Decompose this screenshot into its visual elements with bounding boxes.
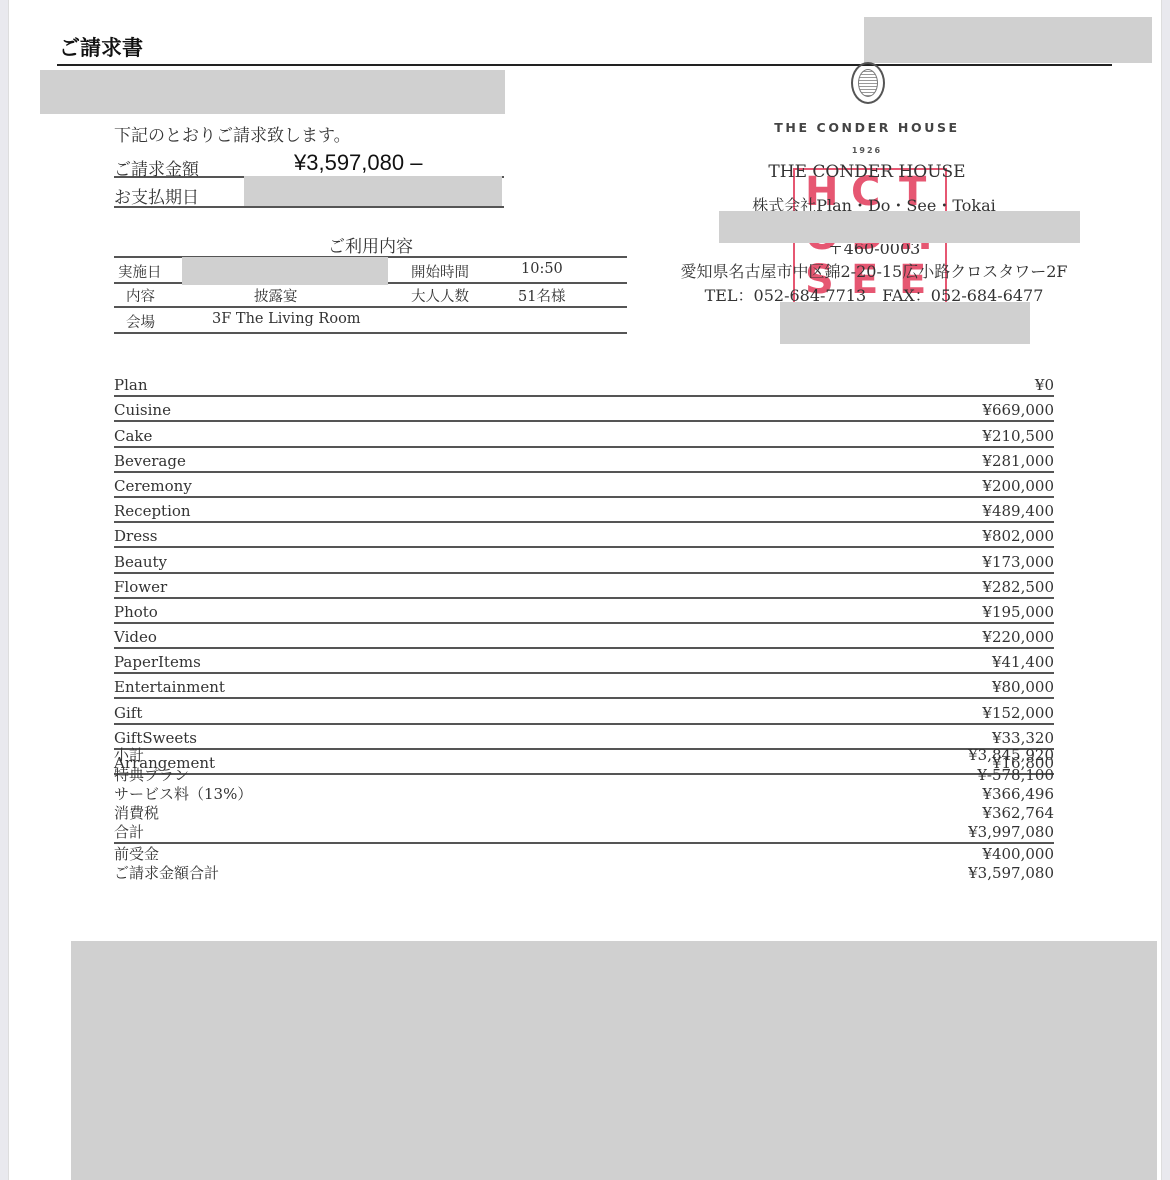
line-item-row: Photo¥195,000	[114, 599, 1054, 624]
usage-label-2: 開始時間	[411, 261, 469, 282]
usage-value-2: 51名様	[518, 285, 565, 306]
summary-amount: ¥3,845,920	[968, 746, 1054, 765]
line-item-label: Flower	[114, 577, 167, 597]
line-item-amount: ¥80,000	[992, 677, 1054, 697]
line-item-row: Gift¥152,000	[114, 699, 1054, 724]
line-item-amount: ¥220,000	[982, 627, 1054, 647]
intro-text: 下記のとおりご請求致します。	[114, 121, 351, 146]
redacted-block-top-right	[864, 17, 1152, 63]
line-item-label: PaperItems	[114, 652, 201, 672]
conder-house-logo-icon	[851, 62, 885, 104]
line-item-label: Dress	[114, 526, 157, 546]
summary-label: 前受金	[114, 845, 159, 864]
summary-label: 合計	[114, 823, 144, 842]
redacted-due-date	[244, 176, 502, 206]
usage-value: 披露宴	[254, 285, 298, 306]
line-item-row: PaperItems¥41,400	[114, 649, 1054, 674]
summary-row: 特典プラン¥-578,100	[114, 765, 1054, 784]
due-date-label: お支払期日	[114, 183, 199, 208]
summary-label: ご請求金額合計	[114, 864, 219, 883]
line-item-row: Beauty¥173,000	[114, 548, 1054, 573]
line-item-label: Cake	[114, 426, 152, 446]
line-item-row: Cuisine¥669,000	[114, 397, 1054, 422]
summary-row: 合計¥3,997,080	[114, 823, 1054, 844]
line-item-row: Plan¥0	[114, 372, 1054, 397]
line-item-amount: ¥669,000	[982, 400, 1054, 420]
issuer-address: 愛知県名古屋市中区錦2-20-15広小路クロスタワー2F	[659, 259, 1089, 282]
amount-row: ご請求金額 ¥3,597,080 –	[114, 150, 504, 178]
line-item-row: Reception¥489,400	[114, 498, 1054, 523]
summary-amount: ¥366,496	[982, 785, 1054, 804]
line-item-amount: ¥200,000	[982, 476, 1054, 496]
line-item-amount: ¥33,320	[992, 728, 1054, 748]
line-item-row: Cake¥210,500	[114, 422, 1054, 447]
line-item-label: Plan	[114, 375, 148, 395]
summary-amount: ¥362,764	[982, 804, 1054, 823]
summary-table: 小計¥3,845,920特典プラン¥-578,100サービス料（13%）¥366…	[114, 746, 1054, 883]
invoice-page: ご請求書 下記のとおりご請求致します。 ご請求金額 ¥3,597,080 – お…	[8, 0, 1162, 1180]
line-item-row: Dress¥802,000	[114, 523, 1054, 548]
usage-value-2: 10:50	[521, 261, 563, 277]
amount-value: ¥3,597,080 –	[294, 150, 422, 176]
brand-year: 1926	[709, 146, 1025, 155]
line-item-amount: ¥152,000	[982, 703, 1054, 723]
summary-amount: ¥3,597,080	[968, 864, 1054, 883]
usage-row: 実施日 開始時間 10:50	[114, 256, 627, 284]
redacted-bottom-block	[71, 941, 1157, 1180]
line-item-label: Gift	[114, 703, 142, 723]
line-item-label: Ceremony	[114, 476, 192, 496]
summary-amount: ¥400,000	[982, 845, 1054, 864]
redacted-issuer-bottom	[780, 302, 1030, 344]
redacted-recipient	[40, 70, 505, 114]
line-item-row: Entertainment¥80,000	[114, 674, 1054, 699]
line-item-amount: ¥210,500	[982, 426, 1054, 446]
summary-label: 消費税	[114, 804, 159, 823]
amount-label: ご請求金額	[114, 155, 199, 180]
line-item-amount: ¥173,000	[982, 552, 1054, 572]
issuer-name: THE CONDER HOUSE	[709, 162, 1025, 182]
line-item-row: Video¥220,000	[114, 624, 1054, 649]
title-divider	[57, 64, 1112, 66]
line-item-row: Ceremony¥200,000	[114, 473, 1054, 498]
line-item-label: Beauty	[114, 552, 167, 572]
usage-row: 内容 披露宴 大人人数 51名様	[114, 282, 627, 308]
line-item-row: Flower¥282,500	[114, 574, 1054, 599]
line-item-label: GiftSweets	[114, 728, 197, 748]
summary-label: サービス料（13%）	[114, 785, 252, 804]
line-item-label: Cuisine	[114, 400, 171, 420]
summary-row: 小計¥3,845,920	[114, 746, 1054, 765]
summary-row: 消費税¥362,764	[114, 804, 1054, 823]
summary-label: 小計	[114, 746, 144, 765]
due-date-row: お支払期日	[114, 180, 504, 208]
line-items-table: Plan¥0Cuisine¥669,000Cake¥210,500Beverag…	[114, 372, 1054, 775]
usage-value: 3F The Living Room	[212, 311, 361, 327]
line-item-amount: ¥281,000	[982, 451, 1054, 471]
summary-label: 特典プラン	[114, 766, 189, 785]
line-item-amount: ¥0	[1035, 375, 1054, 395]
usage-label: 実施日	[118, 261, 162, 282]
line-item-amount: ¥489,400	[982, 501, 1054, 521]
brand-logo-text: THE CONDER HOUSE	[709, 120, 1025, 135]
document-title: ご請求書	[59, 32, 143, 62]
summary-row: ご請求金額合計¥3,597,080	[114, 864, 1054, 883]
line-item-row: Beverage¥281,000	[114, 448, 1054, 473]
line-item-label: Beverage	[114, 451, 186, 471]
line-item-amount: ¥802,000	[982, 526, 1054, 546]
summary-amount: ¥3,997,080	[968, 823, 1054, 842]
redacted-issuer-line	[719, 211, 1080, 243]
line-item-amount: ¥195,000	[982, 602, 1054, 622]
usage-label: 会場	[126, 311, 155, 332]
summary-row: サービス料（13%）¥366,496	[114, 785, 1054, 804]
summary-amount: ¥-578,100	[977, 766, 1054, 785]
line-item-label: Reception	[114, 501, 191, 521]
line-item-amount: ¥41,400	[992, 652, 1054, 672]
usage-label: 内容	[126, 285, 155, 306]
line-item-label: Video	[114, 627, 157, 647]
usage-label-2: 大人人数	[411, 285, 469, 306]
redacted-event-date	[182, 257, 388, 285]
usage-title: ご利用内容	[114, 232, 627, 257]
usage-row: 会場 3F The Living Room	[114, 308, 627, 334]
line-item-label: Photo	[114, 602, 158, 622]
line-item-amount: ¥282,500	[982, 577, 1054, 597]
summary-row: 前受金¥400,000	[114, 844, 1054, 863]
line-item-label: Entertainment	[114, 677, 225, 697]
